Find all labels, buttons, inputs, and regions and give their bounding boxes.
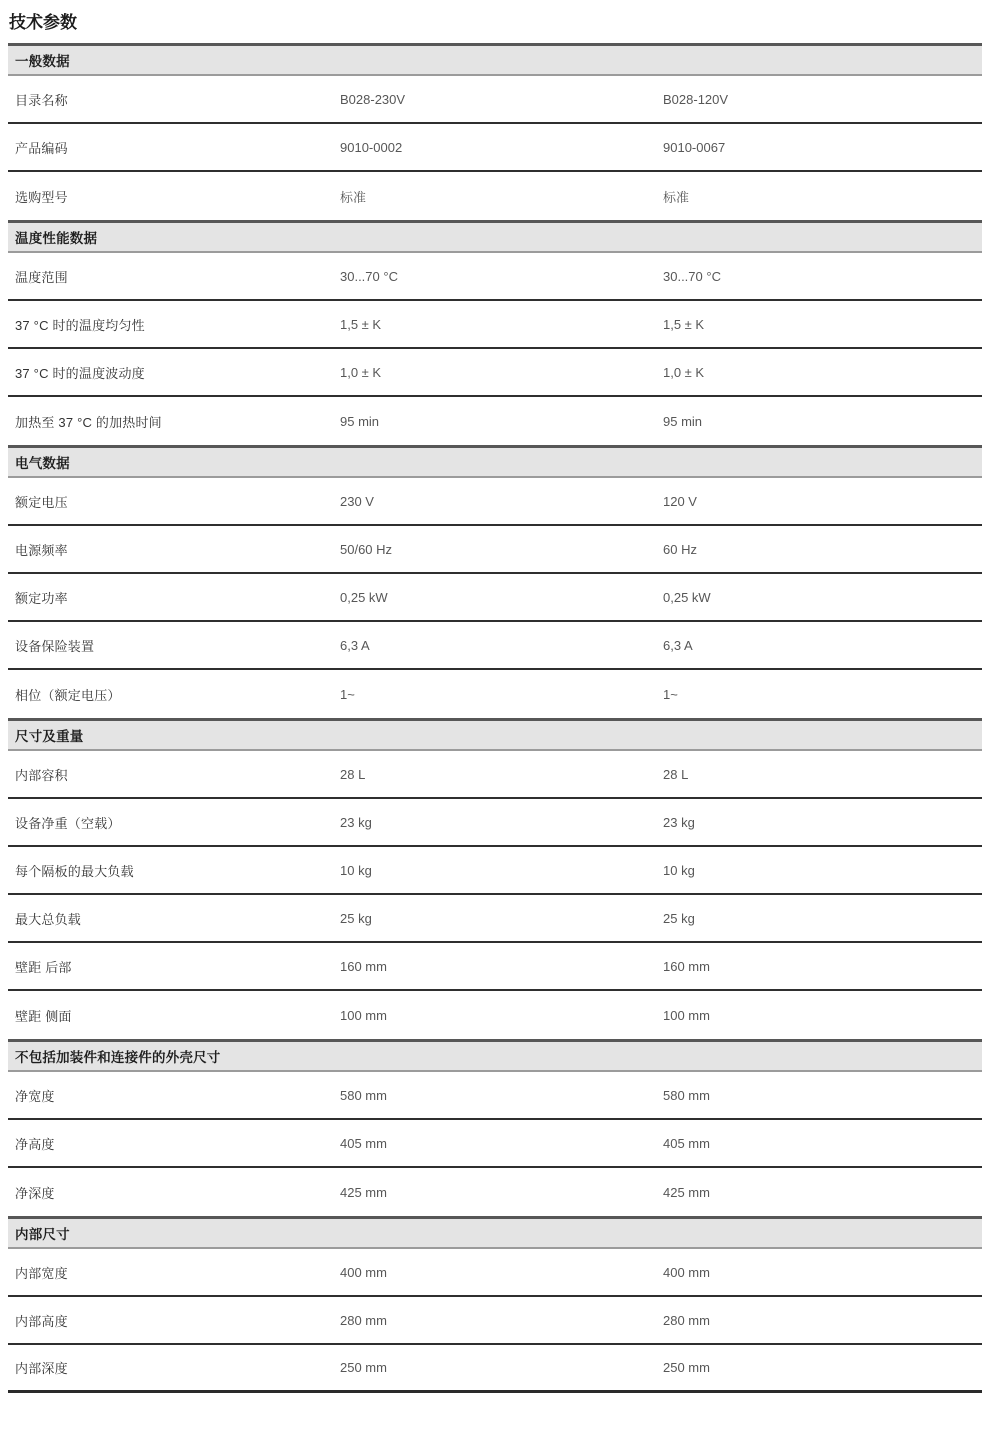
row-value-col1: 425 mm	[340, 1185, 663, 1200]
row-value-col1: 95 min	[340, 414, 663, 429]
row-value-col1: B028-230V	[340, 92, 663, 107]
section-body: 净宽度 580 mm 580 mm 净高度 405 mm 405 mm 净深度 …	[8, 1072, 982, 1216]
row-value-col1: 标准	[340, 187, 663, 206]
table-row: 内部容积 28 L 28 L	[8, 751, 982, 799]
row-label: 温度范围	[8, 267, 340, 286]
table-row: 选购型号 标准 标准	[8, 172, 982, 220]
table-row: 内部高度 280 mm 280 mm	[8, 1297, 982, 1345]
row-label: 37 °C 时的温度均匀性	[8, 315, 340, 334]
row-label: 内部深度	[8, 1358, 340, 1377]
row-value-col2: 160 mm	[663, 959, 982, 974]
row-value-col2: 6,3 A	[663, 638, 982, 653]
section-header-label: 不包括加装件和连接件的外壳尺寸	[15, 1046, 221, 1066]
row-value-col2: 120 V	[663, 494, 982, 509]
row-value-col2: 10 kg	[663, 863, 982, 878]
table-row: 设备净重（空载） 23 kg 23 kg	[8, 799, 982, 847]
section-header-label: 尺寸及重量	[15, 725, 84, 745]
row-value-col1: 6,3 A	[340, 638, 663, 653]
row-value-col2: B028-120V	[663, 92, 982, 107]
row-value-col2: 1,0 ± K	[663, 365, 982, 380]
row-value-col2: 9010-0067	[663, 140, 982, 155]
row-value-col2: 95 min	[663, 414, 982, 429]
table-row: 温度范围 30...70 °C 30...70 °C	[8, 253, 982, 301]
table-row: 加热至 37 °C 的加热时间 95 min 95 min	[8, 397, 982, 445]
row-value-col2: 23 kg	[663, 815, 982, 830]
row-value-col1: 160 mm	[340, 959, 663, 974]
section-body: 内部宽度 400 mm 400 mm 内部高度 280 mm 280 mm 内部…	[8, 1249, 982, 1393]
row-label: 净高度	[8, 1134, 340, 1153]
row-value-col1: 23 kg	[340, 815, 663, 830]
row-label: 最大总负载	[8, 909, 340, 928]
row-label: 37 °C 时的温度波动度	[8, 363, 340, 382]
row-value-col1: 280 mm	[340, 1313, 663, 1328]
table-row: 额定电压 230 V 120 V	[8, 478, 982, 526]
table-row: 额定功率 0,25 kW 0,25 kW	[8, 574, 982, 622]
table-row: 37 °C 时的温度波动度 1,0 ± K 1,0 ± K	[8, 349, 982, 397]
table-row: 净宽度 580 mm 580 mm	[8, 1072, 982, 1120]
row-value-col2: 1~	[663, 687, 982, 702]
spec-section: 一般数据 目录名称 B028-230V B028-120V 产品编码 9010-…	[8, 43, 982, 220]
row-label: 每个隔板的最大负载	[8, 861, 340, 880]
spec-section: 内部尺寸 内部宽度 400 mm 400 mm 内部高度 280 mm 280 …	[8, 1216, 982, 1393]
row-value-col2: 30...70 °C	[663, 269, 982, 284]
row-label: 净深度	[8, 1183, 340, 1202]
row-value-col2: 400 mm	[663, 1265, 982, 1280]
row-label: 相位（额定电压）	[8, 685, 340, 704]
row-value-col2: 100 mm	[663, 1008, 982, 1023]
row-value-col2: 580 mm	[663, 1088, 982, 1103]
row-label: 壁距 侧面	[8, 1006, 340, 1025]
row-value-col2: 280 mm	[663, 1313, 982, 1328]
row-label: 目录名称	[8, 90, 340, 109]
spec-section: 电气数据 额定电压 230 V 120 V 电源频率 50/60 Hz 60 H…	[8, 445, 982, 718]
table-row: 最大总负载 25 kg 25 kg	[8, 895, 982, 943]
row-value-col1: 1,5 ± K	[340, 317, 663, 332]
row-value-col2: 425 mm	[663, 1185, 982, 1200]
row-label: 内部宽度	[8, 1263, 340, 1282]
table-row: 目录名称 B028-230V B028-120V	[8, 76, 982, 124]
section-header: 一般数据	[8, 43, 982, 76]
row-label: 内部高度	[8, 1311, 340, 1330]
row-value-col1: 25 kg	[340, 911, 663, 926]
row-value-col2: 0,25 kW	[663, 590, 982, 605]
table-row: 相位（额定电压） 1~ 1~	[8, 670, 982, 718]
row-label: 额定电压	[8, 492, 340, 511]
row-label: 设备净重（空载）	[8, 813, 340, 832]
row-label: 选购型号	[8, 187, 340, 206]
spec-page: 技术参数 一般数据 目录名称 B028-230V B028-120V 产品编码 …	[0, 0, 1000, 1433]
row-label: 设备保险装置	[8, 636, 340, 655]
section-header: 温度性能数据	[8, 220, 982, 253]
row-value-col2: 405 mm	[663, 1136, 982, 1151]
section-header-label: 内部尺寸	[15, 1223, 70, 1243]
row-label: 净宽度	[8, 1086, 340, 1105]
page-title: 技术参数	[9, 12, 982, 33]
row-value-col1: 10 kg	[340, 863, 663, 878]
table-row: 壁距 后部 160 mm 160 mm	[8, 943, 982, 991]
row-value-col1: 1,0 ± K	[340, 365, 663, 380]
table-row: 净高度 405 mm 405 mm	[8, 1120, 982, 1168]
row-value-col1: 230 V	[340, 494, 663, 509]
row-label: 内部容积	[8, 765, 340, 784]
row-value-col1: 400 mm	[340, 1265, 663, 1280]
row-value-col1: 100 mm	[340, 1008, 663, 1023]
row-label: 产品编码	[8, 138, 340, 157]
section-body: 内部容积 28 L 28 L 设备净重（空载） 23 kg 23 kg 每个隔板…	[8, 751, 982, 1039]
section-body: 额定电压 230 V 120 V 电源频率 50/60 Hz 60 Hz 额定功…	[8, 478, 982, 718]
spec-section: 温度性能数据 温度范围 30...70 °C 30...70 °C 37 °C …	[8, 220, 982, 445]
row-label: 电源频率	[8, 540, 340, 559]
row-value-col1: 30...70 °C	[340, 269, 663, 284]
row-value-col2: 28 L	[663, 767, 982, 782]
section-header: 不包括加装件和连接件的外壳尺寸	[8, 1039, 982, 1072]
table-row: 电源频率 50/60 Hz 60 Hz	[8, 526, 982, 574]
spec-section: 尺寸及重量 内部容积 28 L 28 L 设备净重（空载） 23 kg 23 k…	[8, 718, 982, 1039]
spec-table: 一般数据 目录名称 B028-230V B028-120V 产品编码 9010-…	[8, 43, 982, 1393]
table-row: 产品编码 9010-0002 9010-0067	[8, 124, 982, 172]
table-row: 37 °C 时的温度均匀性 1,5 ± K 1,5 ± K	[8, 301, 982, 349]
row-value-col2: 25 kg	[663, 911, 982, 926]
row-label: 壁距 后部	[8, 957, 340, 976]
table-row: 净深度 425 mm 425 mm	[8, 1168, 982, 1216]
table-row: 壁距 侧面 100 mm 100 mm	[8, 991, 982, 1039]
row-value-col1: 580 mm	[340, 1088, 663, 1103]
row-value-col2: 标准	[663, 187, 982, 206]
row-value-col1: 50/60 Hz	[340, 542, 663, 557]
spec-section: 不包括加装件和连接件的外壳尺寸 净宽度 580 mm 580 mm 净高度 40…	[8, 1039, 982, 1216]
section-header-label: 温度性能数据	[15, 227, 97, 247]
row-label: 加热至 37 °C 的加热时间	[8, 412, 340, 431]
row-label: 额定功率	[8, 588, 340, 607]
table-row: 每个隔板的最大负载 10 kg 10 kg	[8, 847, 982, 895]
section-header-label: 一般数据	[15, 50, 70, 70]
section-body: 目录名称 B028-230V B028-120V 产品编码 9010-0002 …	[8, 76, 982, 220]
row-value-col2: 1,5 ± K	[663, 317, 982, 332]
row-value-col1: 0,25 kW	[340, 590, 663, 605]
row-value-col1: 1~	[340, 687, 663, 702]
row-value-col2: 250 mm	[663, 1360, 982, 1375]
section-header-label: 电气数据	[15, 452, 70, 472]
row-value-col1: 28 L	[340, 767, 663, 782]
section-body: 温度范围 30...70 °C 30...70 °C 37 °C 时的温度均匀性…	[8, 253, 982, 445]
row-value-col1: 250 mm	[340, 1360, 663, 1375]
section-header: 尺寸及重量	[8, 718, 982, 751]
table-row: 内部深度 250 mm 250 mm	[8, 1345, 982, 1393]
row-value-col1: 9010-0002	[340, 140, 663, 155]
table-row: 设备保险装置 6,3 A 6,3 A	[8, 622, 982, 670]
section-header: 内部尺寸	[8, 1216, 982, 1249]
table-row: 内部宽度 400 mm 400 mm	[8, 1249, 982, 1297]
section-header: 电气数据	[8, 445, 982, 478]
row-value-col1: 405 mm	[340, 1136, 663, 1151]
row-value-col2: 60 Hz	[663, 542, 982, 557]
